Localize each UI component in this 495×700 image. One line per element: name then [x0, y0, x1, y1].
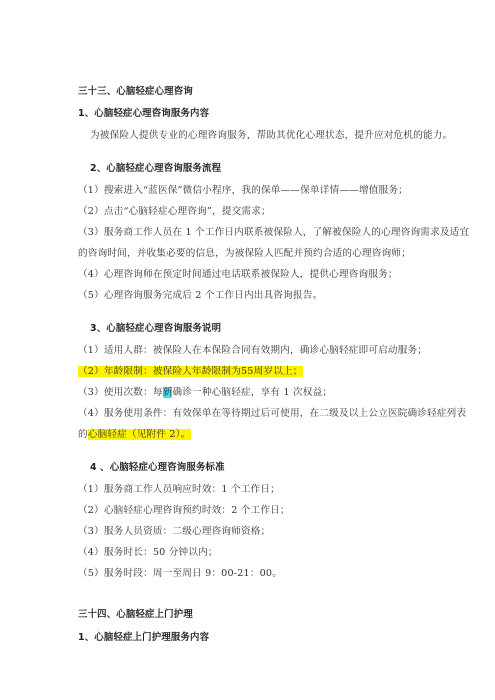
note-item-highlighted: （2）年龄限制：被保险人年龄限制为55周岁以上；	[78, 366, 303, 378]
section-34-1-heading: 1、心脑轻症上门护理服务内容	[78, 632, 209, 644]
note-text: （3）使用次数：每	[78, 387, 163, 398]
section-33-3-heading: 3、心脑轻症心理咨询服务说明	[90, 323, 221, 335]
note-item-continued: 的心脑轻症（见附件 2）。	[78, 429, 191, 441]
process-step: （1）搜索进入“蓝医保”微信小程序，我的保单——保单详情——增值服务；	[78, 185, 408, 197]
section-33-4-heading: 4 、心脑轻症心理咨询服务标准	[90, 462, 225, 474]
section-33-2-heading: 2、心脑轻症心理咨询服务流程	[90, 163, 221, 175]
process-step: （2）点击“心脑轻症心理咨询”，提交需求；	[78, 206, 271, 218]
section-33-title: 三十三、心脑轻症心理咨询	[78, 86, 193, 98]
process-step: （5）心理咨询服务完成后 2 个工作日内出具咨询报告。	[78, 290, 322, 302]
note-text: 确诊一种心脑轻症，享有 1 次权益；	[172, 387, 332, 398]
process-step-continued: 的咨询时间，并收集必要的信息，为被保险人匹配并预约合适的心理咨询师；	[78, 248, 411, 260]
standard-item: （4）服务时长：50 分钟以内；	[78, 547, 218, 559]
section-33-1-heading: 1、心脑轻症心理咨询服务内容	[78, 108, 209, 120]
note-item: （3）使用次数：每新确诊一种心脑轻症，享有 1 次权益；	[78, 387, 332, 399]
standard-item: （2）心脑轻症心理咨询预约时效：2 个工作日；	[78, 505, 290, 517]
section-34-title: 三十四、心脑轻症上门护理	[78, 609, 193, 621]
yellow-highlight: 心脑轻症（见附件 2）。	[88, 429, 191, 440]
note-item: （4）服务使用条件：有效保单在等待期过后可使用，在二级及以上公立医院确诊轻症列表	[78, 408, 466, 420]
process-step: （3）服务商工作人员在 1 个工作日内联系被保险人，了解被保险人的心理咨询需求及…	[78, 227, 469, 239]
note-item: （1）适用人群：被保险人在本保险合同有效期内，确诊心脑轻症即可启动服务；	[78, 345, 427, 357]
yellow-highlight: （2）年龄限制：被保险人年龄限制为55周岁以上；	[78, 366, 303, 377]
section-33-1-text: 为被保险人提供专业的心理咨询服务，帮助其优化心理状态，提升应对危机的能力。	[90, 130, 452, 142]
document-page: 三十三、心脑轻症心理咨询 1、心脑轻症心理咨询服务内容 为被保险人提供专业的心理…	[0, 0, 495, 700]
note-text: 的	[78, 429, 88, 440]
cyan-highlight: 新	[163, 387, 173, 398]
process-step: （4）心理咨询师在预定时间通过电话联系被保险人，提供心理咨询服务；	[78, 269, 398, 281]
standard-item: （5）服务时段：周一至周日 9：00-21：00。	[78, 568, 282, 580]
standard-item: （3）服务人员资质：二级心理咨询师资格；	[78, 526, 270, 538]
standard-item: （1）服务商工作人员响应时效：1 个工作日；	[78, 484, 280, 496]
